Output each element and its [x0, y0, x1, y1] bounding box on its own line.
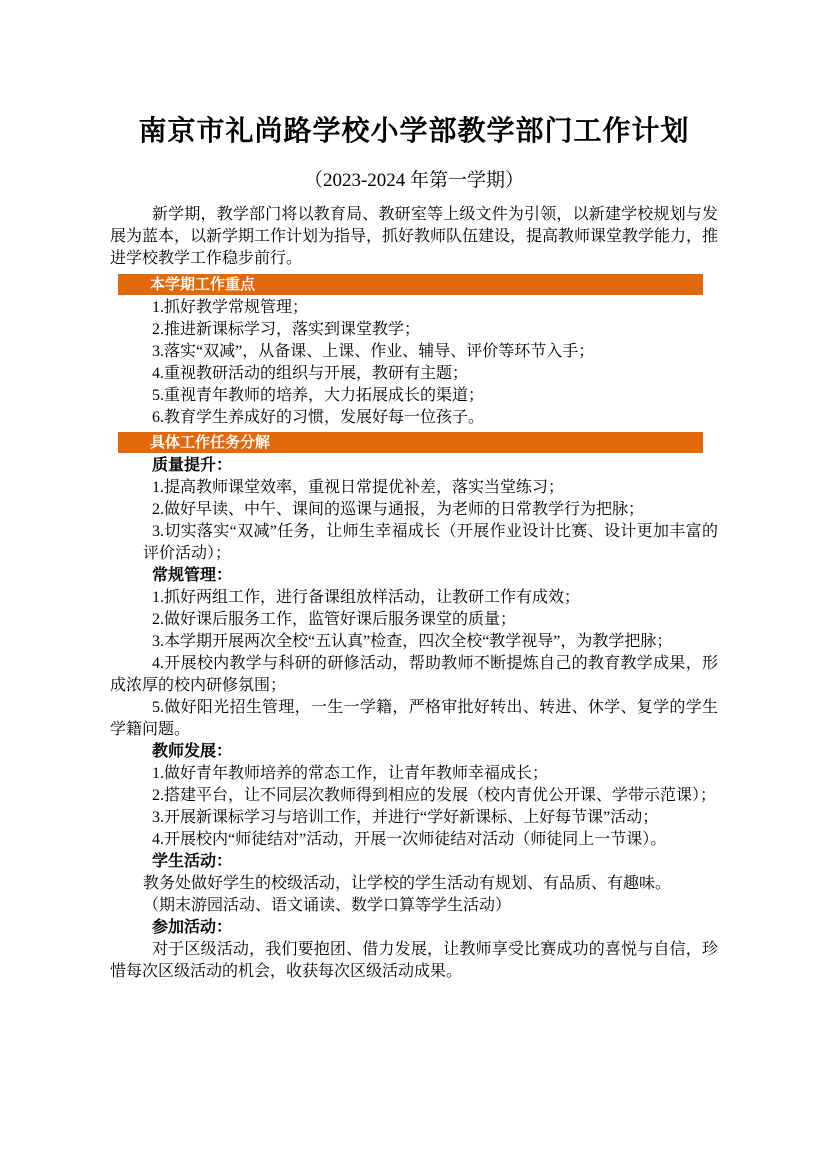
list-item: 2.做好课后服务工作，监管好课后服务课堂的质量；: [110, 609, 718, 631]
intro-paragraph: 新学期，教学部门将以教育局、教研室等上级文件为引领，以新建学校规划与发展为蓝本，…: [110, 204, 718, 270]
list-item: 3.切实落实“双减”任务，让师生幸福成长（开展作业设计比赛、设计更加丰富的评价活…: [110, 521, 718, 565]
list-item: 1.抓好两组工作，进行备课组放样活动，让教研工作有成效；: [110, 587, 718, 609]
list-item: 1.提高教师课堂效率，重视日常提优补差，落实当堂练习；: [110, 477, 718, 499]
document-page: 南京市礼尚路学校小学部教学部门工作计划 （2023-2024 年第一学期） 新学…: [0, 0, 827, 1170]
subsection-title-participate: 参加活动：: [110, 917, 718, 939]
work-focus-list: 1.抓好教学常规管理； 2.推进新课标学习，落实到课堂教学； 3.落实“双减”，…: [110, 297, 718, 429]
document-content: 南京市礼尚路学校小学部教学部门工作计划 （2023-2024 年第一学期） 新学…: [0, 0, 827, 983]
subsection-title-routine: 常规管理：: [110, 565, 718, 587]
subsection-title-teacher: 教师发展：: [110, 741, 718, 763]
list-item: （期末游园活动、语文诵读、数学口算等学生活动）: [110, 895, 718, 917]
list-item: 2.做好早读、中午、课间的巡课与通报，为老师的日常教学行为把脉；: [110, 499, 718, 521]
list-item: 2.推进新课标学习，落实到课堂教学；: [110, 319, 718, 341]
subsection-title-student: 学生活动：: [110, 851, 718, 873]
section-banner-work-focus: 本学期工作重点: [118, 274, 703, 295]
list-item: 1.抓好教学常规管理；: [110, 297, 718, 319]
list-item: 6.教育学生养成好的习惯，发展好每一位孩子。: [110, 407, 718, 429]
list-item: 4.开展校内“师徒结对”活动，开展一次师徒结对活动（师徒同上一节课）。: [110, 829, 718, 851]
list-item: 4.重视教研活动的组织与开展，教研有主题；: [110, 363, 718, 385]
list-item: 5.做好阳光招生管理，一生一学籍，严格审批好转出、转进、休学、复学的学生学籍问题…: [110, 697, 718, 741]
section-banner-task-breakdown-label: 具体工作任务分解: [150, 434, 270, 451]
task-breakdown-list: 质量提升： 1.提高教师课堂效率，重视日常提优补差，落实当堂练习； 2.做好早读…: [110, 455, 718, 983]
document-title: 南京市礼尚路学校小学部教学部门工作计划: [110, 0, 718, 152]
list-item: 教务处做好学生的校级活动，让学校的学生活动有规划、有品质、有趣味。: [110, 873, 718, 895]
list-item: 2.搭建平台，让不同层次教师得到相应的发展（校内青优公开课、学带示范课）；: [110, 785, 718, 807]
list-item: 对于区级活动，我们要抱团、借力发展，让教师享受比赛成功的喜悦与自信，珍惜每次区级…: [110, 939, 718, 983]
section-banner-work-focus-label: 本学期工作重点: [150, 276, 255, 293]
list-item: 5.重视青年教师的培养，大力拓展成长的渠道；: [110, 385, 718, 407]
list-item: 4.开展校内教学与科研的研修活动，帮助教师不断提炼自己的教育教学成果，形成浓厚的…: [110, 653, 718, 697]
list-item: 1.做好青年教师培养的常态工作，让青年教师幸福成长；: [110, 763, 718, 785]
list-item: 3.本学期开展两次全校“五认真”检查，四次全校“教学视导”，为教学把脉；: [110, 631, 718, 653]
subsection-title-quality: 质量提升：: [110, 455, 718, 477]
list-item: 3.开展新课标学习与培训工作，并进行“学好新课标、上好每节课”活动；: [110, 807, 718, 829]
section-banner-task-breakdown: 具体工作任务分解: [118, 432, 703, 453]
document-subtitle: （2023-2024 年第一学期）: [110, 168, 718, 194]
list-item: 3.落实“双减”，从备课、上课、作业、辅导、评价等环节入手；: [110, 341, 718, 363]
